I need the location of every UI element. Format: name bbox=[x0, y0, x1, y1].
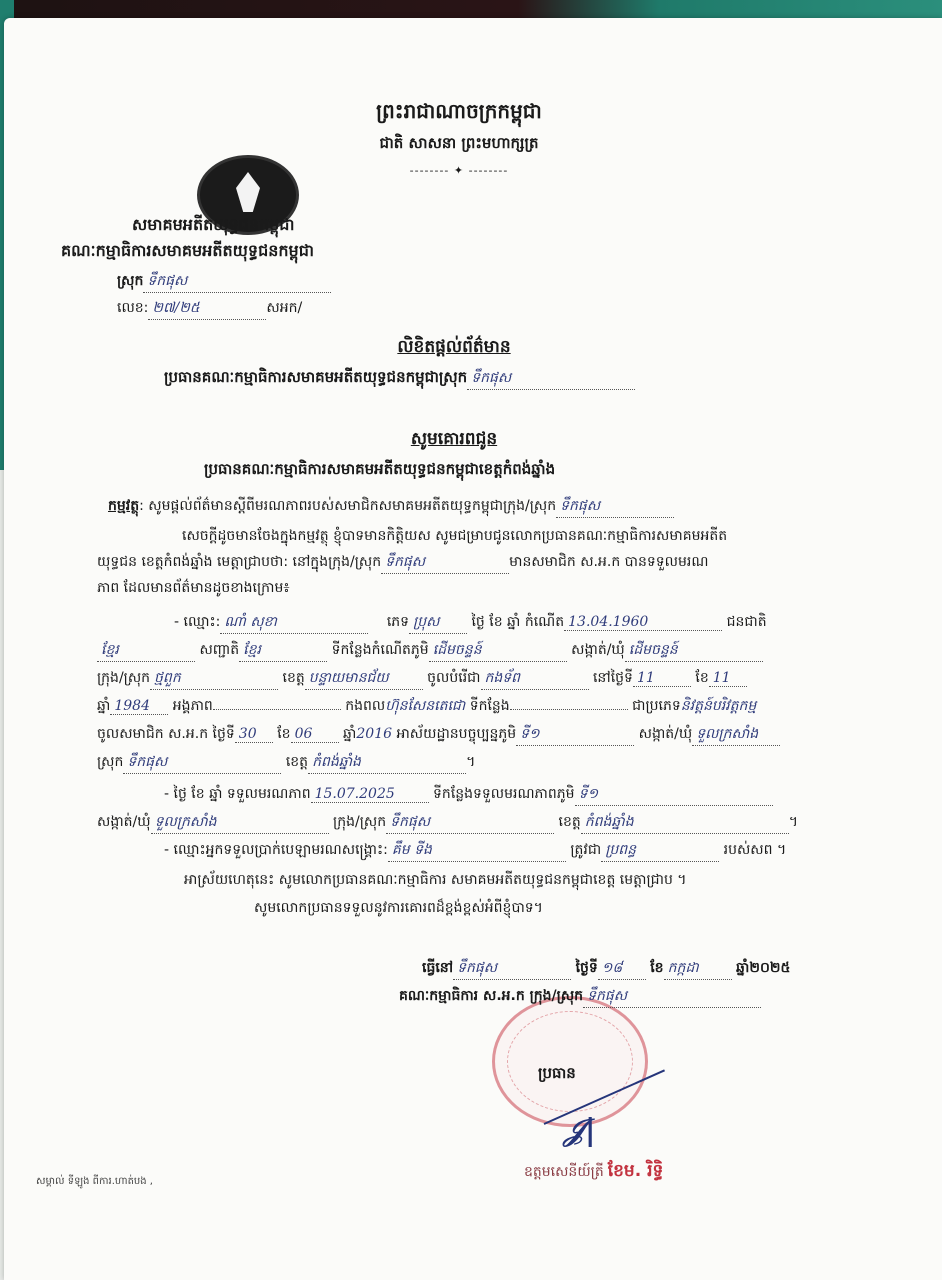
from-line: ប្រធានគណៈកម្មាធិការសមាគមអតីតយុទ្ធជនកម្ពុ… bbox=[164, 368, 635, 390]
ethnicity-value: ខ្មែរ bbox=[97, 640, 195, 662]
signer-name: ខែម. រិទ្ធិ bbox=[608, 1161, 664, 1181]
birth-province-value: បន្ទាយមានជ័យ bbox=[305, 668, 423, 690]
kingdom-title: ព្រះរាជាណាចក្រកម្ពុជា bbox=[294, 98, 624, 128]
birth-commune-label: សង្កាត់/ឃុំ bbox=[571, 642, 625, 658]
death-line-1: - ថ្ងៃ ខែ ឆ្នាំ ទទួលមរណភាព15.07.2025 ទីក… bbox=[164, 784, 773, 806]
body-intro-2a: យុទ្ធជន ខេត្តកំពង់ឆ្នាំង មេត្តាជ្រាបថា: … bbox=[97, 554, 381, 570]
subject-line: កម្មវត្ថុ: សូមផ្ដល់ព័ត៌មានស្ដីពីមរណភាពរប… bbox=[108, 496, 674, 518]
number-suffix: សអក/ bbox=[266, 300, 302, 316]
association-name: សមាគមអតីតយុទ្ធជនកម្ពុជា bbox=[132, 214, 295, 238]
made-at-value: ទឹកផុស bbox=[453, 958, 571, 980]
unit-value bbox=[213, 709, 341, 710]
join-label: ចូលសមាជិក ស.អ.ក ថ្ងៃទី bbox=[97, 726, 235, 742]
death-date-value: 15.07.2025 bbox=[311, 786, 429, 803]
join-day-value: 30 bbox=[235, 726, 273, 743]
made-at-label: ធ្វើនៅ bbox=[422, 960, 453, 976]
signer-line: ឧត្តមសេនីយ៍ត្រីខែម. រិទ្ធិ bbox=[524, 1160, 663, 1185]
member-line-2: ខ្មែរ សញ្ជាតិខ្មែរ ទីកន្លែងកំណើតភូមិដើមច… bbox=[97, 640, 763, 662]
member-line-1: - ឈ្មោះ:ណាំ សុខា ភេទប្រុស ថ្ងៃ ខែ ឆ្នាំ … bbox=[174, 612, 767, 634]
national-motto: ជាតិ សាសនា ព្រះមហាក្សត្រ bbox=[304, 134, 614, 156]
name-value: ណាំ សុខា bbox=[220, 612, 368, 634]
document-type-title: លិខិតផ្ដល់ព័ត៌មាន bbox=[324, 336, 584, 361]
residence-district-value: ទឹកផុស bbox=[123, 752, 281, 774]
handwritten-signature: 𝒥| bbox=[564, 1113, 596, 1148]
join-year-value: 2016 bbox=[356, 726, 392, 742]
header-divider: -------- ✦ -------- bbox=[384, 164, 534, 177]
category-label: ជាប្រភេទ bbox=[632, 698, 681, 714]
residence-commune-label: សង្កាត់/ឃុំ bbox=[639, 726, 693, 742]
signature-committee-line: គណៈកម្មាធិការ ស.អ.ក ក្រុង/ស្រុកទឹកផុស bbox=[399, 986, 761, 1008]
death-commune-value: ទួលក្រសាំង bbox=[151, 812, 329, 834]
join-year-label: ឆ្នាំ bbox=[343, 726, 356, 742]
sex-label: ភេទ bbox=[387, 614, 409, 630]
death-line-2: សង្កាត់/ឃុំទួលក្រសាំង ក្រុង/ស្រុកទឹកផុស … bbox=[97, 812, 798, 834]
day-value: ១៨ bbox=[598, 958, 646, 980]
enlist-value: កងទ័ព bbox=[481, 668, 589, 690]
residence-village-label: អាស័យដ្ឋានបច្ចុប្បន្នភូមិ bbox=[396, 726, 516, 742]
death-district-label: ក្រុង/ស្រុក bbox=[333, 814, 386, 830]
from-prefix: ប្រធានគណៈកម្មាធិការសមាគមអតីតយុទ្ធជនកម្ពុ… bbox=[164, 368, 467, 386]
body-intro-district: ទឹកផុស bbox=[381, 552, 509, 574]
birth-village-value: ដើមចន្ទន៍ bbox=[429, 640, 567, 662]
birth-district-label: ក្រុង/ស្រុក bbox=[97, 670, 150, 686]
year-value: ២០២៥ bbox=[749, 960, 790, 976]
force-label: កងពល bbox=[345, 698, 385, 714]
body-intro-3: ភាព ដែលមានព័ត៌មានដូចខាងក្រោម៖ bbox=[97, 578, 290, 599]
footer-note: សម្គាល់ ទីឡូង ពីការ.ហាត់បង , bbox=[36, 1174, 153, 1189]
respectfully-heading: សូមគោរពជូន bbox=[334, 428, 574, 453]
relation-value: ប្រពន្ធ bbox=[601, 840, 719, 862]
join-month-label: ខែ bbox=[277, 726, 290, 742]
enlist-day-label: នៅថ្ងៃទី bbox=[593, 670, 633, 686]
from-value: ទឹកផុស bbox=[467, 368, 635, 390]
nationality-label: សញ្ជាតិ bbox=[199, 642, 239, 658]
made-at-line: ធ្វើនៅទឹកផុស ថ្ងៃទី១៨ ខែកក្កដា ឆ្នាំ២០២៥ bbox=[422, 958, 790, 980]
enlist-year-label: ឆ្នាំ bbox=[97, 698, 110, 714]
dob-label: ថ្ងៃ ខែ ឆ្នាំ កំណើត bbox=[471, 614, 564, 630]
force-value: ហ៊ុនសែនតេជោ bbox=[385, 698, 465, 714]
closing-line-1: អាស្រ័យហេតុនេះ សូមលោកប្រធានគណៈកម្មាធិការ… bbox=[184, 870, 687, 891]
official-stamp bbox=[492, 996, 648, 1127]
enlist-label: ចូលបំរើជា bbox=[427, 670, 480, 686]
body-intro-1: សេចក្ដីដូចមានចែងក្នុងកម្មវត្ថុ ខ្ញុំបាទម… bbox=[182, 526, 727, 547]
birth-commune-value: ដើមចន្ទន៍ bbox=[625, 640, 763, 662]
recipient-label: - ឈ្មោះអ្នកទទួលប្រាក់បេឡាមរណសង្គ្រោះ: bbox=[164, 842, 388, 858]
death-district-value: ទឹកផុស bbox=[386, 812, 554, 834]
birth-province-label: ខេត្ត bbox=[283, 670, 305, 686]
place-label: ទីកន្លែង bbox=[470, 698, 510, 714]
place-value bbox=[510, 709, 628, 710]
enlist-day-value: 11 bbox=[633, 670, 691, 687]
member-line-5: ចូលសមាជិក ស.អ.ក ថ្ងៃទី30 ខែ06 ឆ្នាំ2016 … bbox=[97, 724, 780, 746]
district-label: ស្រុក bbox=[117, 273, 143, 289]
relation-label: ត្រូវជា bbox=[570, 842, 601, 858]
residence-village-value: ទី១ bbox=[516, 724, 634, 746]
number-label: លេខ: bbox=[117, 300, 148, 316]
residence-district-label: ស្រុក bbox=[97, 754, 123, 770]
subject-value: ទឹកផុស bbox=[556, 496, 674, 518]
district-line: ស្រុកទឹកផុស bbox=[117, 271, 331, 293]
unit-label: អង្គភាព bbox=[173, 698, 213, 714]
enlist-month-label: ខែ bbox=[695, 670, 708, 686]
signature-committee-label: គណៈកម្មាធិការ ស.អ.ក ក្រុង/ស្រុក bbox=[399, 988, 583, 1004]
recipient-title: ប្រធានគណៈកម្មាធិការសមាគមអតីតយុទ្ធជនកម្ពុ… bbox=[204, 460, 555, 482]
death-commune-label: សង្កាត់/ឃុំ bbox=[97, 814, 151, 830]
subject-label: កម្មវត្ថុ bbox=[108, 498, 139, 514]
residence-province-value: កំពង់ឆ្នាំង bbox=[308, 752, 466, 774]
committee-name: គណៈកម្មាធិការសមាគមអតីតយុទ្ធជនកម្ពុជា bbox=[61, 240, 314, 264]
residence-province-label: ខេត្ត bbox=[286, 754, 308, 770]
enlist-month-value: 11 bbox=[709, 670, 747, 687]
death-province-label: ខេត្ត bbox=[559, 814, 581, 830]
dob-value: 13.04.1960 bbox=[564, 614, 722, 631]
enlist-year-value: 1984 bbox=[110, 698, 168, 715]
body-intro-2: យុទ្ធជន ខេត្តកំពង់ឆ្នាំង មេត្តាជ្រាបថា: … bbox=[97, 552, 708, 574]
document-page: ព្រះរាជាណាចក្រកម្ពុជា ជាតិ សាសនា ព្រះមហា… bbox=[4, 18, 942, 1280]
subject-text: : សូមផ្ដល់ព័ត៌មានស្ដីពីមរណភាពរបស់សមាជិកស… bbox=[139, 498, 556, 514]
name-label: - ឈ្មោះ: bbox=[174, 614, 220, 630]
reference-number-line: លេខ:២៧/២៥សអក/ bbox=[117, 298, 302, 320]
district-value: ទឹកផុស bbox=[143, 271, 331, 293]
body-intro-2b: មានសមាជិក ស.អ.ក បានទទួលមរណ bbox=[509, 554, 708, 570]
member-line-3: ក្រុង/ស្រុកថ្មពួក ខេត្តបន្ទាយមានជ័យ ចូលប… bbox=[97, 668, 747, 690]
month-value: កក្កដា bbox=[664, 958, 732, 980]
number-value: ២៧/២៥ bbox=[148, 298, 266, 320]
join-month-value: 06 bbox=[291, 726, 339, 743]
birth-village-label: ទីកន្លែងកំណើតភូមិ bbox=[332, 642, 429, 658]
ethnicity-label: ជនជាតិ bbox=[727, 614, 767, 630]
signer-role: ប្រធាន bbox=[538, 1064, 576, 1086]
category-value: និវត្តន៍បរិវត្តកម្ម bbox=[681, 698, 757, 714]
residence-commune-value: ទួលក្រសាំង bbox=[692, 724, 780, 746]
sex-value: ប្រុស bbox=[409, 612, 467, 634]
closing-line-2: សូមលោកប្រធានទទួលនូវការគោរពដ៏ខ្ពង់ខ្ពស់អំ… bbox=[254, 898, 543, 919]
death-date-label: - ថ្ងៃ ខែ ឆ្នាំ ទទួលមរណភាព bbox=[164, 786, 311, 802]
member-line-4: ឆ្នាំ1984 អង្គភាព កងពលហ៊ុនសែនតេជោ ទីកន្ល… bbox=[97, 696, 756, 717]
recipient-value: គឹម ទីង bbox=[388, 840, 566, 862]
death-village-label: ទីកន្លែងទទួលមរណភាពភូមិ bbox=[433, 786, 575, 802]
nationality-value: ខ្មែរ bbox=[239, 640, 327, 662]
birth-district-value: ថ្មពួក bbox=[150, 668, 278, 690]
month-label: ខែ bbox=[650, 960, 663, 976]
signature-committee-value: ទឹកផុស bbox=[583, 986, 761, 1008]
member-line-6: ស្រុកទឹកផុស ខេត្តកំពង់ឆ្នាំង។ bbox=[97, 752, 475, 774]
year-label: ឆ្នាំ bbox=[736, 960, 749, 976]
day-label: ថ្ងៃទី bbox=[576, 960, 598, 976]
death-line-3: - ឈ្មោះអ្នកទទួលប្រាក់បេឡាមរណសង្គ្រោះ:គឹម… bbox=[164, 840, 786, 862]
death-village-value: ទី១ bbox=[575, 784, 773, 806]
signer-rank: ឧត្តមសេនីយ៍ត្រី bbox=[524, 1164, 604, 1180]
death-province-value: កំពង់ឆ្នាំង bbox=[581, 812, 789, 834]
relation-suffix: របស់សព ។ bbox=[724, 842, 787, 858]
